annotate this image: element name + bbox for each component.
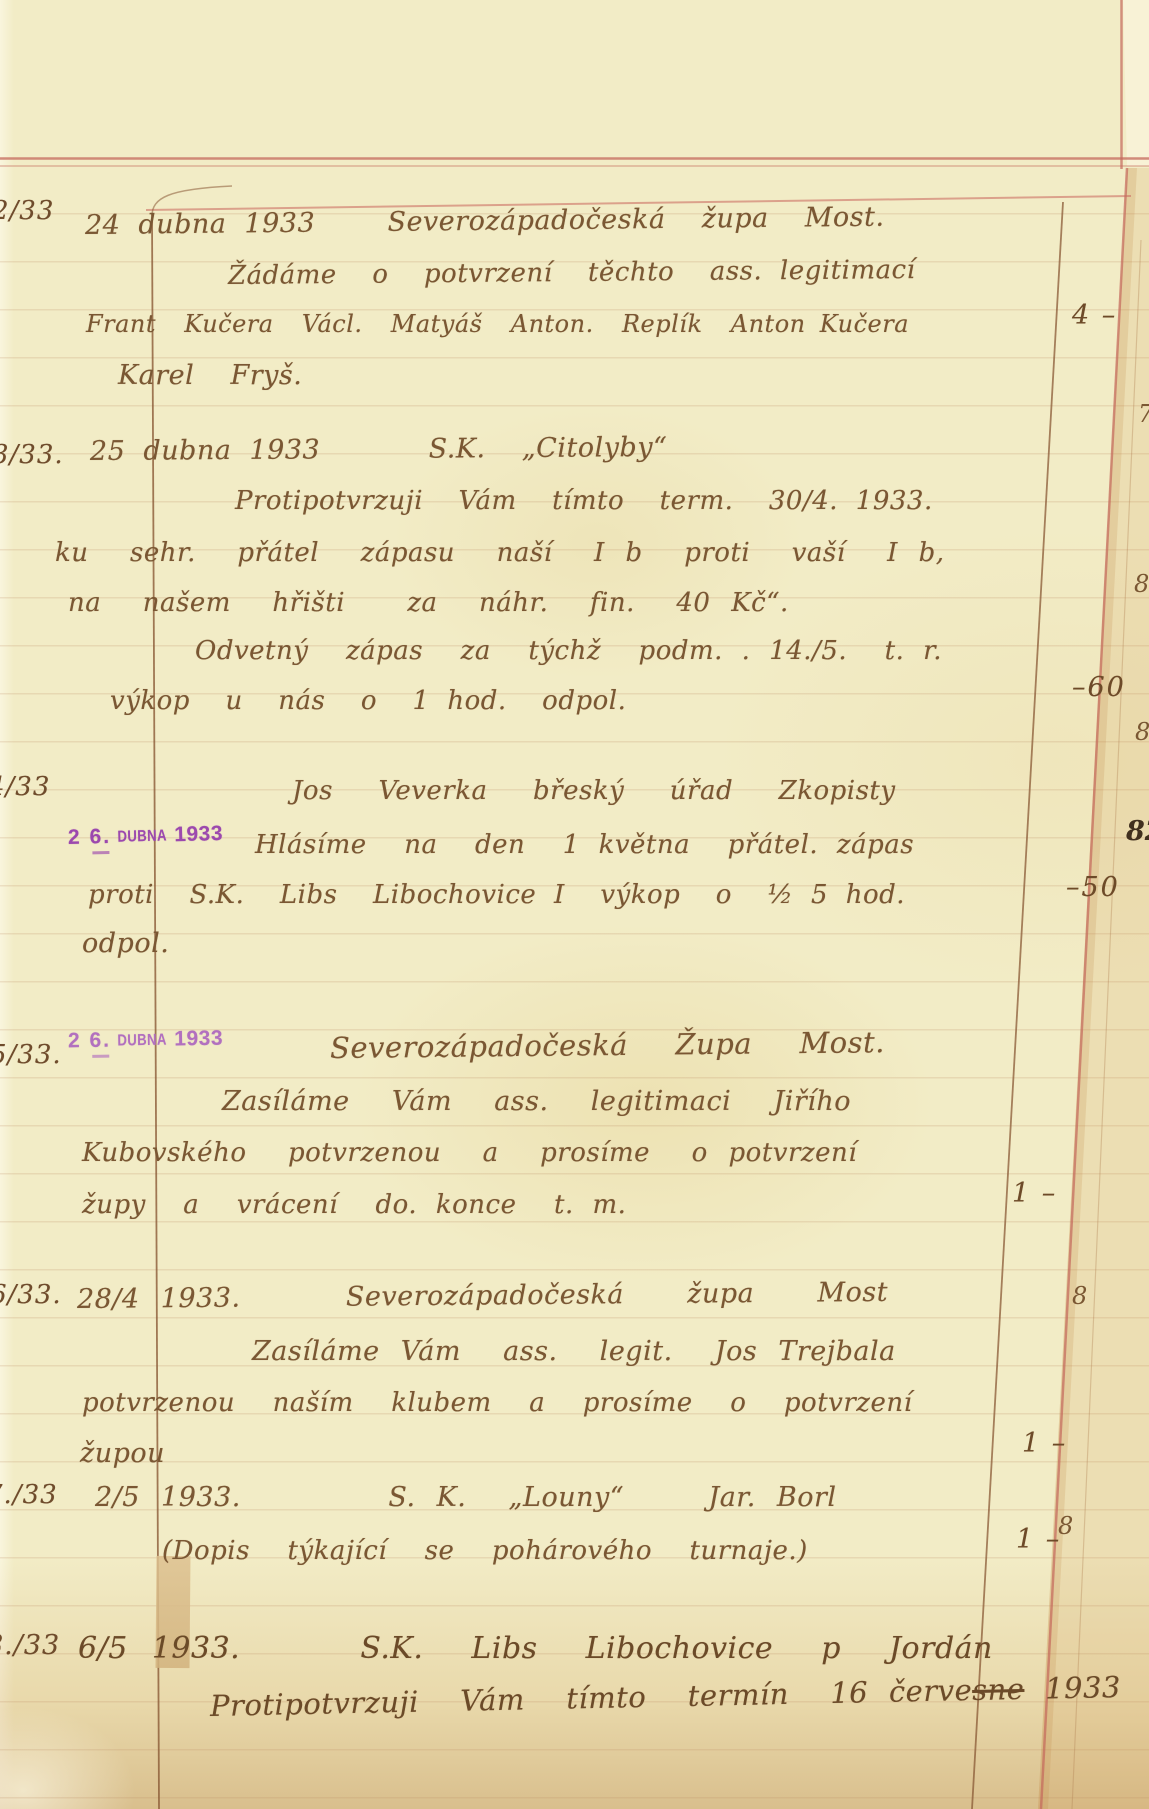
entry-6-line-4: župou — [80, 1440, 165, 1467]
entry-4-line-3: proti S.K. Libs Libochovice I výkop o ½ … — [88, 882, 905, 908]
entry-8-line-2-year: 1933 — [1024, 1670, 1121, 1706]
entry-5-amount: 1 – — [1012, 1178, 1057, 1209]
entry-2-line-4: Karel Fryš. — [118, 362, 302, 389]
stamp-1-month: DUBNA — [117, 827, 167, 846]
edge-number-1: 7 — [1138, 400, 1149, 428]
entry-4-amount: –50 — [1066, 872, 1120, 903]
entry-2-line-1: 24 dubna 1933 Severozápadočeská župa Mos… — [85, 204, 885, 239]
entry-2-margin-number: 2/33 — [0, 196, 54, 226]
entry-8-line-1: 6/5 1933. S.K. Libs Libochovice p Jordán — [78, 1634, 993, 1664]
edge-number-4: 82 — [1126, 816, 1149, 847]
entry-6-line-1: 28/4 1933. Severozápadočeská župa Most — [77, 1279, 888, 1313]
entry-6-line-3: potvrzenou naším klubem a prosíme o potv… — [82, 1390, 912, 1416]
date-stamp-2: 2 6.DUBNA1933 — [68, 1027, 223, 1054]
stamp-2-day: 2 6. — [68, 1029, 111, 1053]
entry-3-margin-number: 3/33. — [0, 440, 64, 470]
entry-8-line-2: Protipotvrzuji Vám tímto termín 16 červe… — [210, 1673, 1122, 1721]
entry-4-line-2: Hlásíme na den 1 května přátel. zápas — [255, 832, 914, 858]
edge-number-5: 8 — [1072, 1282, 1087, 1310]
edge-number-3: 8 — [1135, 718, 1149, 746]
entry-7-margin-number: 7./33 — [0, 1480, 58, 1510]
stamp-2-underline-mark — [92, 1055, 109, 1058]
entry-3-amount: –60 — [1072, 672, 1126, 703]
entry-7-amount: 1 – — [1016, 1524, 1061, 1555]
stamp-1-day: 2 6. — [68, 825, 112, 849]
entry-6-amount: 1 – — [1022, 1428, 1067, 1459]
entry-4-line-1: Jos Veverka břeský úřad Zkopisty — [292, 778, 896, 804]
entry-3-line-6: výkop u nás o 1 hod. odpol. — [110, 688, 626, 714]
ledger-page: { "page": { "entries": { "e2": { "margin… — [0, 0, 1149, 1809]
stamp-1-underline-mark — [92, 851, 109, 854]
stamp-1-year: 1933 — [174, 822, 223, 846]
entry-6-line-2: Zasíláme Vám ass. legit. Jos Trejbala — [252, 1338, 896, 1365]
stamp-2-year: 1933 — [174, 1027, 223, 1051]
entry-3-line-4: na našem hřišti za náhr. fin. 40 Kč“. — [68, 590, 789, 616]
entry-2-line-3: Frant Kučera Václ. Matyáš Anton. Replík … — [86, 312, 909, 336]
entry-7-line-1: 2/5 1933. S. K. „Louny“ Jar. Borl — [95, 1484, 837, 1511]
entry-3-line-1: 25 dubna 1933 S.K. „Citolyby“ — [90, 434, 668, 465]
entry-5-margin-number: 5/33. — [0, 1040, 62, 1070]
entry-5-line-3: Kubovského potvrzenou a prosíme o potvrz… — [82, 1140, 857, 1166]
entry-7-line-2: (Dopis týkající se pohárového turnaje.) — [162, 1538, 808, 1564]
entry-5-line-1: Severozápadočeská Župa Most. — [330, 1028, 885, 1063]
entry-3-line-2: Protipotvrzuji Vám tímto term. 30/4. 193… — [235, 488, 933, 514]
entry-3-line-3: ku sehr. přátel zápasu naší I b proti va… — [55, 540, 945, 566]
strikethrough-correction: sne — [972, 1672, 1025, 1707]
stamp-2-month: DUBNA — [117, 1032, 167, 1051]
entry-6-margin-number: 6/33. — [0, 1280, 62, 1310]
edge-number-6: 8 — [1058, 1512, 1073, 1540]
entry-3-line-5: Odvetný zápas za týchž podm. . 14./5. t.… — [195, 638, 942, 664]
entry-4-line-4: odpol. — [82, 930, 169, 957]
entry-2-line-2: Žádáme o potvrzení těchto ass. legitimac… — [228, 257, 916, 289]
entry-5-line-4: župy a vrácení do. konce t. m. — [82, 1192, 626, 1218]
entry-8-margin-number: 8./33 — [0, 1630, 60, 1661]
entry-5-line-2: Zasíláme Vám ass. legitimaci Jiřího — [222, 1088, 851, 1115]
edge-number-2: 8 — [1134, 570, 1149, 598]
date-stamp-1: 2 6.DUBNA1933 — [68, 822, 224, 850]
entry-2-amount: 4 – — [1072, 300, 1117, 331]
entry-8-line-2-text: Protipotvrzuji Vám tímto termín 16 červe — [210, 1673, 973, 1723]
entry-4-margin-number: 4/33 — [0, 772, 50, 802]
